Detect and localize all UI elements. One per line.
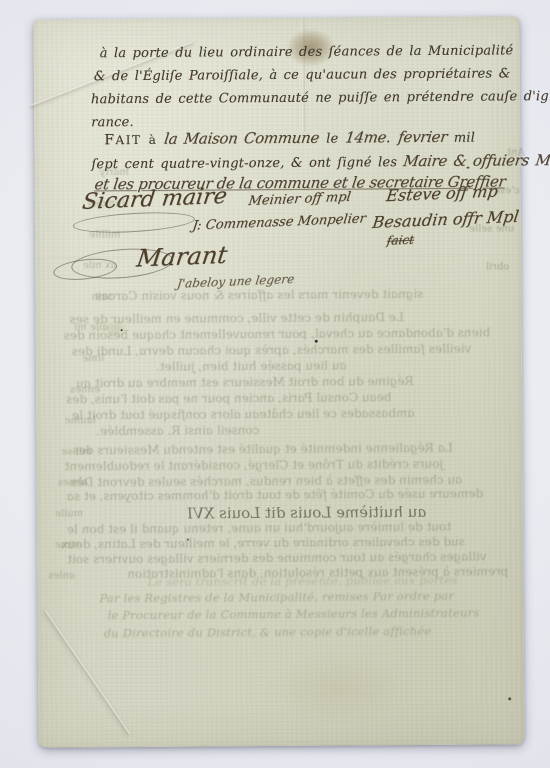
signature-faict-struck: faict	[386, 233, 415, 248]
printed-line-2: & de l'Égliſe Paroiſſiale, à ce qu'aucun…	[94, 66, 511, 84]
printed-signe: ſept cent quatre-vingt-onze, & ont ſigné…	[91, 155, 397, 172]
bleedthrough-line: ambassades ce lieu château alors confisq…	[71, 406, 415, 422]
stain-bottom	[268, 653, 408, 724]
signature-meinier: Meinier off mpl	[247, 190, 351, 209]
printed-le: le	[326, 132, 338, 147]
handwritten-day: 14me.	[344, 128, 392, 146]
bleedthrough-line: conseil ainsi R. assemblée.	[95, 423, 260, 438]
bleedthrough-line: villages chargés au tour commune des der…	[66, 550, 487, 567]
ink-speck	[508, 697, 511, 700]
bleedthrough-line: tout de lumière aujourd'hui un aune, ret…	[66, 520, 452, 537]
showthrough-print-line: le Procureur de la Commune à Messieurs l…	[108, 606, 480, 623]
printed-line-1: à la porte du lieu ordinaire des ſéances…	[100, 43, 514, 61]
document-scan: à la porte du lieu ordinaire des ſéances…	[0, 0, 550, 768]
signature-commenasse: J: Commenasse Monpelier	[191, 211, 366, 233]
bleedthrough-line: demeure usée du Comité fête de tout droi…	[66, 487, 484, 504]
showthrough-print-line: du Directoire du District, & une copie d…	[104, 624, 432, 640]
printed-line-3: habitans de cette Communauté ne puiſſe e…	[91, 89, 550, 107]
bleedthrough-line: La Régalienne indemnité et qualité est e…	[72, 441, 454, 458]
bleedthrough-line: jours crédits du Trône et Clergé, consid…	[64, 457, 445, 474]
bleedthrough-line: Régime du bon droit Messieurs est membre…	[75, 374, 414, 390]
paper-sheet: à la porte du lieu ordinaire des ſéances…	[33, 16, 524, 747]
bleedthrough-line: beau Consul Paris, ancien pour ne pas do…	[65, 390, 392, 406]
fait-label: FAIT à	[104, 132, 157, 148]
printed-line-4: rance.	[91, 115, 134, 130]
bleedthrough-line: vieilles familles des marchés, après quo…	[71, 342, 472, 359]
showthrough-print-line: Le sera transcrit de la présente, publié…	[147, 573, 457, 589]
signature-marant: Marant	[135, 241, 229, 273]
bleedthrough-line: signait devenir mars les affaires & nous…	[94, 287, 424, 303]
bleedthrough-line: Le Dauphin de cette ville, commune en me…	[69, 310, 405, 326]
fait-line: FAIT à la Maison Commune le 14me. fevrie…	[104, 128, 475, 149]
handwritten-place: la Maison Commune	[163, 129, 320, 148]
bleedthrough-line: sud des chevaliers ordinaire du verre, l…	[60, 535, 466, 552]
bleedthrough-line: biens d'abondance au cheval, pour renouv…	[63, 326, 491, 343]
paper-content: à la porte du lieu ordinaire des ſéances…	[33, 16, 524, 747]
showthrough-print-line: Par les Registres de la Municipalité, re…	[99, 589, 454, 605]
bleedthrough-line: au lieu passée huit bien, juillet.	[155, 359, 348, 374]
